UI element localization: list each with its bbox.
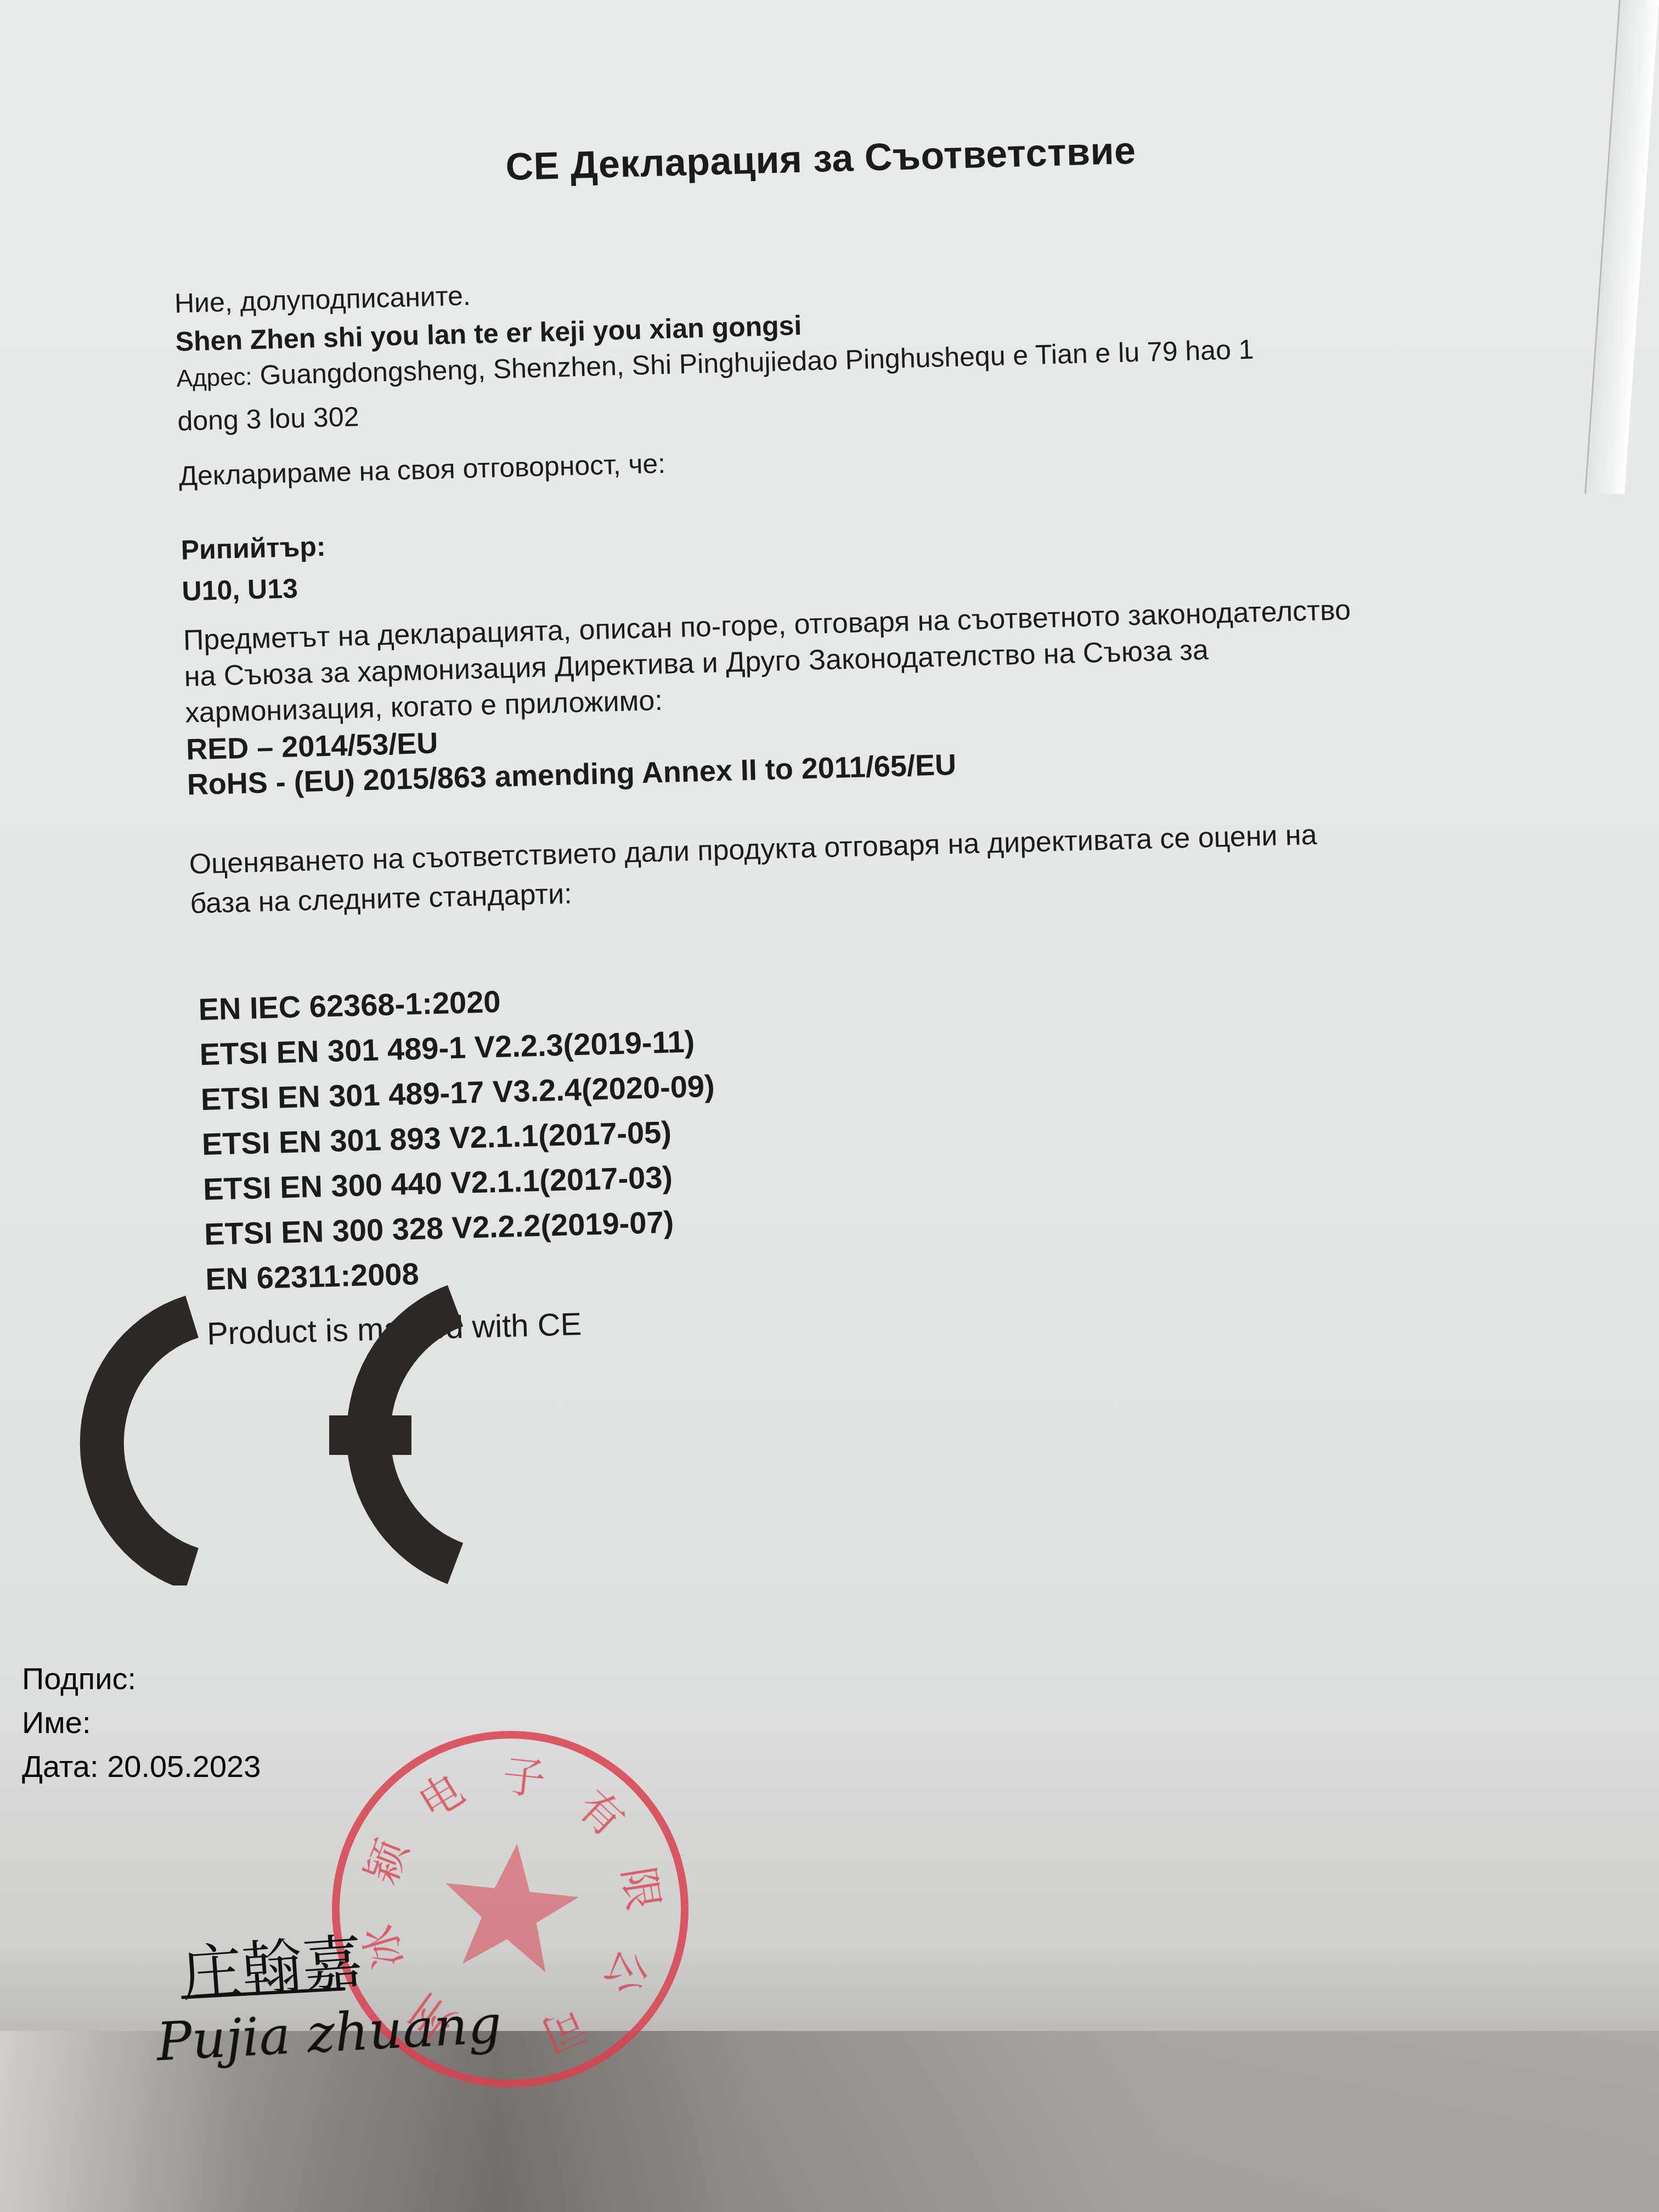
stamp-character: 司 bbox=[534, 1998, 594, 2061]
declaration-document: CE Декларация за Съответствие Ние, долуп… bbox=[170, 100, 1596, 137]
assessment-paragraph: Оценяването на съответствието дали проду… bbox=[189, 815, 1319, 924]
standards-list: EN IEC 62368-1:2020 ETSI EN 301 489-1 V2… bbox=[198, 974, 720, 1302]
address-line-2: dong 3 lou 302 bbox=[177, 398, 359, 439]
product-models: U10, U13 bbox=[182, 570, 298, 610]
declaration-statement: Декларираме на своя отговорност, че: bbox=[178, 445, 666, 494]
ce-mark-icon bbox=[22, 1278, 494, 1585]
date-label: Дата: bbox=[22, 1749, 99, 1784]
stamp-character: 有 bbox=[568, 1781, 634, 1846]
stamp-character: 电 bbox=[410, 1765, 473, 1830]
stamp-character: 冰 bbox=[354, 1919, 414, 1974]
signature-block: Подпис: Име: Дата: 20.05.2023 bbox=[22, 1657, 261, 1788]
address-label: Адрес: bbox=[176, 363, 252, 392]
document-title: CE Декларация за Съответствие bbox=[505, 128, 1137, 189]
stamp-character: 公 bbox=[594, 1942, 658, 2003]
handwritten-signature-chinese: 庄翰嘉 bbox=[178, 1914, 365, 2013]
signature-label: Подпис: bbox=[22, 1657, 261, 1701]
date-value: 20.05.2023 bbox=[107, 1749, 261, 1784]
stamp-character: 限 bbox=[612, 1864, 668, 1914]
product-label: Рипийтър: bbox=[180, 528, 326, 568]
subject-paragraph: Предметът на декларацията, описан по-гор… bbox=[183, 592, 1353, 731]
stamp-character: 颖 bbox=[357, 1833, 418, 1891]
date-row: Дата: 20.05.2023 bbox=[22, 1745, 261, 1788]
stamp-character: 子 bbox=[500, 1751, 548, 1805]
paper-edge bbox=[1584, 0, 1659, 494]
intro-text: Ние, долуподписаните. bbox=[174, 278, 471, 321]
name-label: Име: bbox=[22, 1701, 261, 1745]
